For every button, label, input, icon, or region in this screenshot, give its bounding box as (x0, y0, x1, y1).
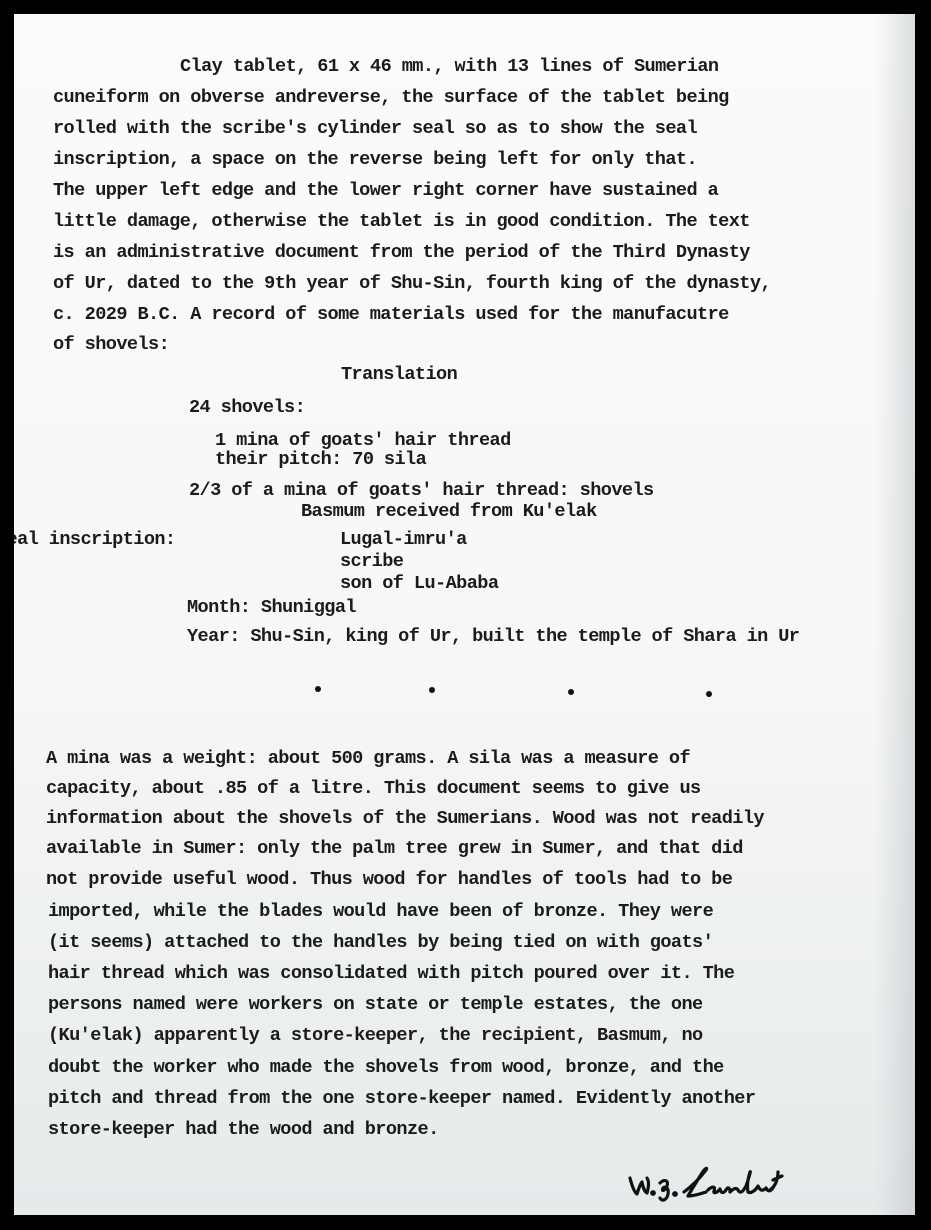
seal-inscription-line: son of Lu-Ababa (340, 575, 498, 594)
translation-heading: Translation (341, 366, 457, 385)
commentary-line: A mina was a weight: about 500 grams. A … (46, 750, 690, 769)
intro-line: rolled with the scribe's cylinder seal s… (53, 120, 697, 139)
commentary-line: pitch and thread from the one store-keep… (48, 1090, 755, 1109)
typewritten-page: Clay tablet, 61 x 46 mm., with 13 lines … (14, 14, 915, 1215)
intro-line: of shovels: (53, 336, 169, 355)
month-line: Month: Shuniggal (187, 599, 356, 618)
translation-line: Basmum received from Ku'elak (301, 503, 597, 522)
commentary-line: store-keeper had the wood and bronze. (48, 1121, 439, 1140)
commentary-line: not provide useful wood. Thus wood for h… (46, 871, 732, 890)
seal-inscription-label: Seal inscription: (14, 531, 176, 550)
translation-line: 2/3 of a mina of goats' hair thread: sho… (189, 482, 654, 501)
intro-line: c. 2029 B.C. A record of some materials … (53, 306, 729, 325)
translation-line: their pitch: 70 sila (215, 451, 426, 470)
commentary-line: capacity, about .85 of a litre. This doc… (46, 780, 701, 799)
seal-inscription-line: Lugal-imru'a (340, 531, 467, 550)
seal-inscription-line: scribe (340, 553, 403, 572)
separator-dot (568, 689, 574, 695)
intro-line: Clay tablet, 61 x 46 mm., with 13 lines … (180, 58, 718, 77)
separator-dot (706, 691, 712, 697)
intro-line: little damage, otherwise the tablet is i… (53, 213, 750, 232)
commentary-line: doubt the worker who made the shovels fr… (48, 1059, 724, 1078)
commentary-line: (Ku'elak) apparently a store-keeper, the… (48, 1027, 703, 1046)
translation-item-heading: 24 shovels: (189, 399, 305, 418)
separator-dot (315, 686, 321, 692)
separator-dot (429, 687, 435, 693)
intro-line: cuneiform on obverse andreverse, the sur… (53, 89, 729, 108)
intro-line: The upper left edge and the lower right … (53, 182, 718, 201)
translation-line: 1 mina of goats' hair thread (215, 432, 511, 451)
commentary-line: (it seems) attached to the handles by be… (48, 934, 713, 953)
commentary-line: imported, while the blades would have be… (48, 903, 713, 922)
handwritten-signature: W. G. Lambert (626, 1156, 806, 1206)
intro-line: of Ur, dated to the 9th year of Shu-Sin,… (53, 275, 771, 294)
intro-line: inscription, a space on the reverse bein… (53, 151, 697, 170)
intro-line: is an administrative document from the p… (53, 244, 750, 263)
year-line: Year: Shu-Sin, king of Ur, built the tem… (187, 628, 799, 647)
commentary-line: persons named were workers on state or t… (48, 996, 703, 1015)
commentary-line: available in Sumer: only the palm tree g… (46, 840, 743, 859)
commentary-line: hair thread which was consolidated with … (48, 965, 734, 984)
commentary-line: information about the shovels of the Sum… (46, 810, 764, 829)
